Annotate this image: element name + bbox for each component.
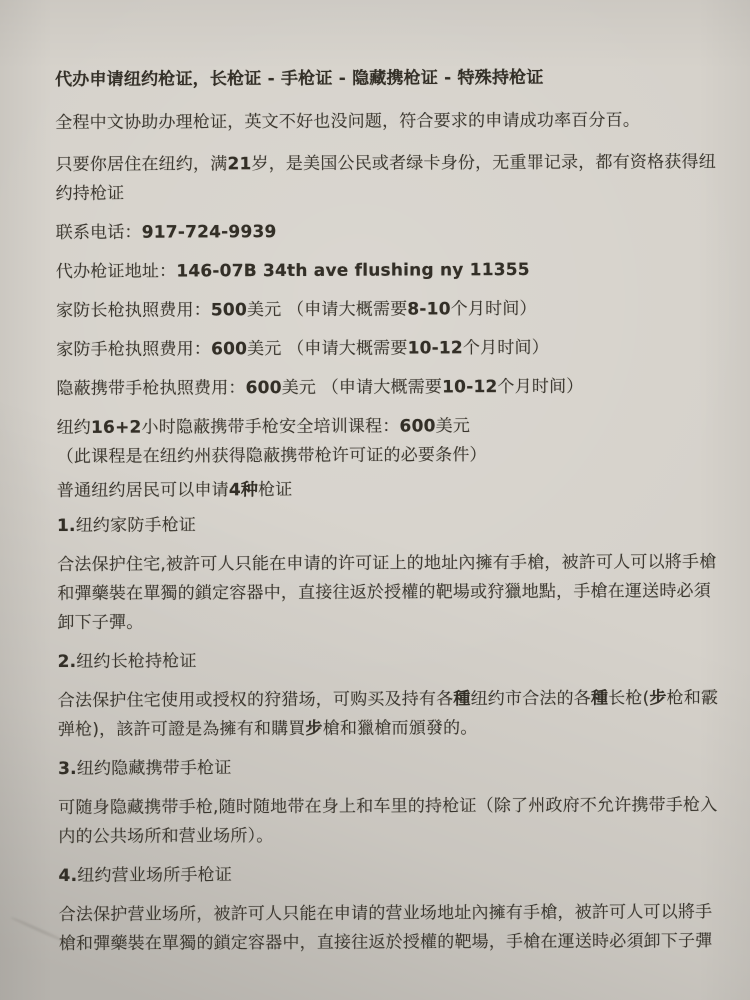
text-run: 美元 [436,416,470,436]
paper-photo-background: 代办申请纽约枪证，长枪证 - 手枪证 - 隐藏携枪证 - 特殊持枪证全程中文协助… [0,0,750,1000]
text-run: 步 [305,719,322,739]
body-paragraph: 合法保护住宅使用或授权的狩猎场，可购买及持有各種纽约市合法的各種长枪(步枪和霰弹… [58,684,718,745]
text-run: （此课程是在纽约州获得隐蔽携带枪许可证的必要条件） [57,445,487,467]
text-run: 10-12 [442,377,497,397]
text-run: 8-10 [407,299,450,319]
contact-phone-paragraph: 联系电话：917-724-9939 [56,216,716,248]
text-run: 美元 （申请大概需要 [282,377,442,398]
text-run: 1. [57,516,76,536]
text-run: 全程中文协助办理枪证，英文不好也没问题，符合要求的申请成功率百分百。 [55,110,640,133]
text-run: 个月时间） [497,377,583,397]
text-run: 步 [649,688,666,708]
text-run: 合法保护住宅使用或授权的狩猎场，可购买及持有各 [58,689,454,711]
eligibility-paragraph: 只要你居住在纽约，满21岁，是美国公民或者绿卡身份，无重罪记录，都有资格获得纽约… [55,148,715,209]
text-run: 146-07B 34th ave flushing ny 11355 [176,260,530,282]
text-run: 联系电话： [56,223,142,243]
text-run: 種 [453,689,470,709]
text-run: 合法保护营业场所，被許可人只能在申请的营业场地址內擁有手槍，被許可人可以將手 [59,902,713,925]
document-body: 代办申请纽约枪证，长枪证 - 手枪证 - 隐藏携枪证 - 特殊持枪证全程中文协助… [55,63,719,969]
text-run: 10-12 [408,338,463,358]
text-run: 槍和彈藥裝在單獨的鎖定容器中，直接往返於授權的靶場，手槍在運送時必須卸下子彈 [59,931,713,954]
text-run: 只要你居住在纽约，满 [55,154,227,175]
text-run: 长枪( [608,688,649,708]
text-run: 家防长枪执照费用： [56,300,211,321]
text-run: 合法保护住宅,被許可人只能在申请的许可证上的地址內擁有手槍，被許可人可以將手槍 [57,552,716,575]
fee-paragraph: 隐蔽携带手枪执照费用：600美元 （申请大概需要10-12个月时间） [56,372,716,404]
fee-paragraph: 家防长枪执照费用：500美元 （申请大概需要8-10个月时间） [56,294,716,326]
text-run: 普通纽约居民可以申请 [57,480,229,501]
text-run: 纽约 [57,418,91,438]
text-run: 2. [58,652,77,672]
text-run: 槍和獵槍而頒發的。 [323,718,478,739]
course-paragraph: 纽约16+2小时隐蔽携带手枪安全培训课程：600美元（此课程是在纽约州获得隐蔽携… [57,411,717,472]
text-run: 枪证 [258,480,292,500]
section-heading: 4.纽约营业场所手枪证 [58,859,718,891]
text-run: 600 [399,416,435,436]
section-heading: 3.纽约隐藏携带手枪证 [58,752,718,784]
text-run: 917-724-9939 [142,222,277,243]
text-run: 4种 [229,480,258,500]
section-heading: 1.纽约家防手枪证 [57,509,717,541]
body-paragraph: 合法保护住宅,被許可人只能在申请的许可证上的地址內擁有手槍，被許可人可以將手槍和… [57,548,717,638]
text-run: 枪和霰 [667,688,719,708]
text-run: 个月时间） [463,338,549,358]
text-run: 家防手枪执照费用： [56,339,211,360]
text-run: 纽约长枪持枪证 [76,651,196,672]
text-run: 弹枪)，該許可證是為擁有和購買 [58,719,306,740]
text-run: 代办枪证地址： [56,261,176,282]
text-run: 和彈藥裝在單獨的鎖定容器中，直接往返於授權的靶場或狩獵地點，手槍在運送時必須 [57,581,711,604]
section-heading: 2.纽约长枪持枪证 [58,645,718,677]
text-run: 種 [591,689,608,709]
fee-paragraph: 家防手枪执照费用：600美元 （申请大概需要10-12个月时间） [56,333,716,365]
text-run: 卸下子彈。 [57,613,143,633]
text-run: 内的公共场所和营业场所）。 [58,826,273,847]
text-run: 4. [58,866,77,886]
text-run: 代办申请纽约枪证，长枪证 - 手枪证 - 隐藏携枪证 - 特殊持枪证 [55,68,544,90]
text-run: 纽约隐藏携带手枪证 [77,758,232,779]
contact-address-paragraph: 代办枪证地址：146-07B 34th ave flushing ny 1135… [56,255,716,287]
text-run: 500 [211,300,247,320]
paper-crease [10,916,66,943]
text-run: 3. [58,759,77,779]
text-run: 纽约家防手枪证 [76,515,196,536]
text-run: 个月时间） [451,299,537,319]
body-paragraph: 合法保护营业场所，被許可人只能在申请的营业场地址內擁有手槍，被許可人可以將手槍和… [59,898,719,959]
text-run: 21 [227,154,251,174]
text-run: 约持枪证 [56,184,125,204]
text-run: 纽约市合法的各 [471,689,591,710]
intro-paragraph: 全程中文协助办理枪证，英文不好也没问题，符合要求的申请成功率百分百。 [55,106,715,138]
text-run: 可随身隐藏携带手枪,随时随地带在身上和车里的持枪证（除了州政府不允许携带手枪入 [58,795,717,818]
text-run: 小时隐蔽携带手枪安全培训课程： [141,417,399,438]
text-run: 隐蔽携带手枪执照费用： [56,378,245,399]
text-run: 美元 （申请大概需要 [247,299,407,320]
types-paragraph: 普通纽约居民可以申请4种枪证 [57,474,717,506]
text-run: 16+2 [91,418,142,438]
text-run: 岁，是美国公民或者绿卡身份，无重罪记录，都有资格获得纽 [251,152,715,174]
text-run: 600 [246,378,282,398]
title-paragraph: 代办申请纽约枪证，长枪证 - 手枪证 - 隐藏携枪证 - 特殊持枪证 [55,63,715,95]
text-run: 美元 （申请大概需要 [247,338,407,359]
text-run: 纽约营业场所手枪证 [77,865,232,886]
body-paragraph: 可随身隐藏携带手枪,随时随地带在身上和车里的持枪证（除了州政府不允许携带手枪入内… [58,791,718,852]
text-run: 600 [211,339,247,359]
